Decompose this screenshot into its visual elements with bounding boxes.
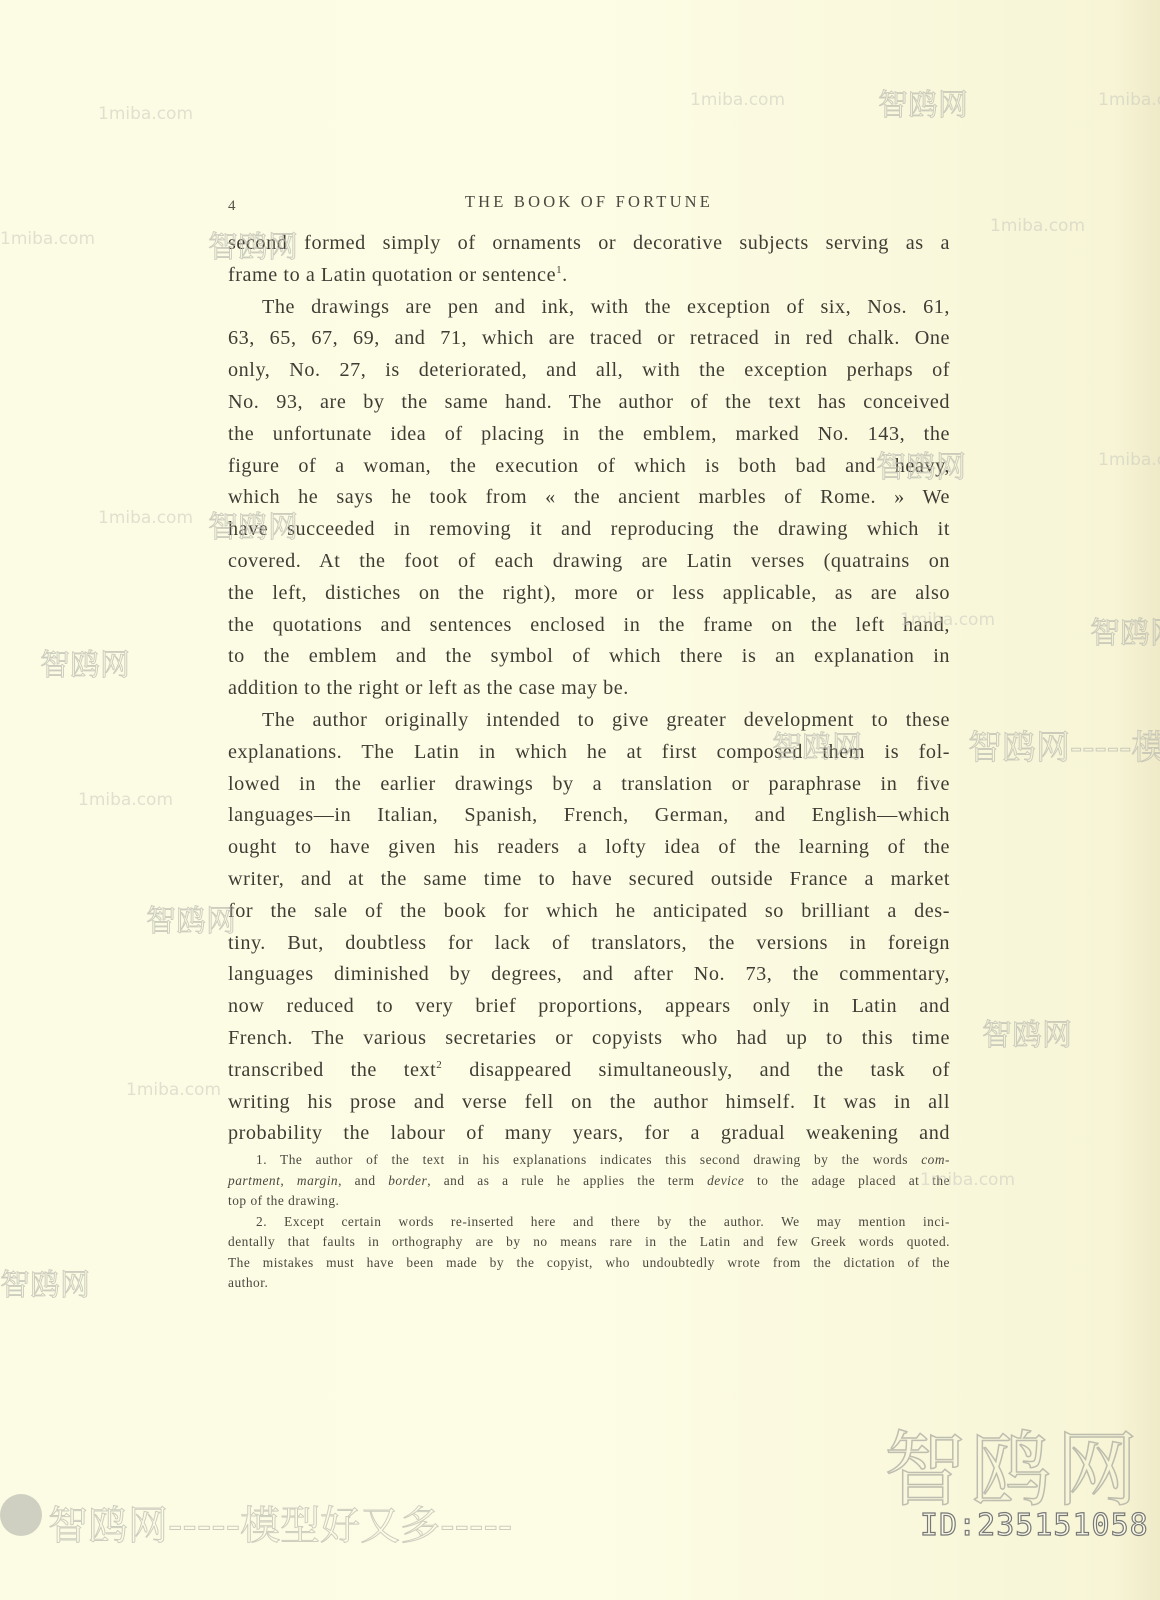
text-line: transcribed the text2 disappeared simult… — [228, 1055, 950, 1087]
text-line: frame to a Latin quotation or sentence1. — [228, 260, 950, 292]
watermark-site: 1miba.com — [1098, 450, 1160, 470]
running-head-title: THE BOOK OF FORTUNE — [228, 192, 950, 212]
paragraph-start-line: The author originally intended to give g… — [228, 705, 950, 737]
text-span: disappeared simultaneously, and the task… — [442, 1059, 950, 1081]
text-line: French. The various secretaries or copyi… — [228, 1023, 950, 1055]
watermark-site: 1miba.com — [98, 104, 193, 124]
text-line: languages diminished by degrees, and aft… — [228, 959, 950, 991]
footnotes: 1. The author of the text in his explana… — [228, 1150, 950, 1294]
footnote-1-line: top of the drawing. — [228, 1191, 950, 1212]
footnote-italic: device — [707, 1173, 744, 1188]
text-line: the left, distiches on the right), more … — [228, 578, 950, 610]
watermark-brand: 智鸥网 — [40, 640, 130, 684]
footnote-2-line: author. — [228, 1273, 950, 1294]
running-head: 4 THE BOOK OF FORTUNE — [228, 192, 950, 216]
text-line: ought to have given his readers a lofty … — [228, 832, 950, 864]
text-line: covered. At the foot of each drawing are… — [228, 546, 950, 578]
watermark-brand: 智鸥网 — [0, 1260, 90, 1304]
watermark-id: ID:235151058 — [920, 1508, 1149, 1543]
bird-logo-icon — [0, 1494, 42, 1536]
watermark-brand: 智鸥网 — [146, 896, 236, 940]
text-line: the quotations and sentences enclosed in… — [228, 610, 950, 642]
text-line: second formed simply of ornaments or dec… — [228, 228, 950, 260]
footnote-1: 1. The author of the text in his explana… — [228, 1150, 950, 1171]
watermark-site: 1miba.com — [98, 508, 193, 528]
footnote-2: 2. Except certain words re-inserted here… — [228, 1212, 950, 1233]
text-span: . — [562, 264, 568, 286]
watermark-site: 1miba.com — [1098, 90, 1160, 110]
watermark-site: 1miba.com — [690, 90, 785, 110]
watermark-brand: 智鸥网 — [982, 1010, 1072, 1054]
footnote-2-line: dentally that faults in orthography are … — [228, 1232, 950, 1253]
text-line: tiny. But, doubtless for lack of transla… — [228, 928, 950, 960]
text-line: which he says he took from « the ancient… — [228, 482, 950, 514]
paragraph-start-line: The drawings are pen and ink, with the e… — [228, 292, 950, 324]
text-line: figure of a woman, the execution of whic… — [228, 451, 950, 483]
text-line: writing his prose and verse fell on the … — [228, 1087, 950, 1119]
footnote-text: to the adage placed at the — [757, 1173, 950, 1188]
footnote-1-line: partment, margin, and border, and as a r… — [228, 1171, 950, 1192]
watermark-brand-large: 智鸥网 — [884, 1405, 1142, 1522]
footnote-italic: border — [388, 1173, 427, 1188]
watermark-site: 1miba.com — [0, 229, 95, 249]
footnote-2-line: The mistakes must have been made by the … — [228, 1253, 950, 1274]
text-span: frame to a Latin quotation or sentence — [228, 264, 556, 286]
text-line: explanations. The Latin in which he at f… — [228, 737, 950, 769]
footnote-text: , and as a rule he applies the term — [427, 1173, 694, 1188]
watermark-site: 1miba.com — [78, 790, 173, 810]
footnote-italic: margin — [297, 1173, 338, 1188]
text-line: writer, and at the same time to have sec… — [228, 864, 950, 896]
footnote-text: , and — [338, 1173, 388, 1188]
text-line: only, No. 27, is deteriorated, and all, … — [228, 355, 950, 387]
watermark-site: 1miba.com — [990, 216, 1085, 236]
text-line: probability the labour of many years, fo… — [228, 1118, 950, 1150]
text-line: lowed in the earlier drawings by a trans… — [228, 769, 950, 801]
watermark-slogan: 智鸥网-----模型好又多----- — [48, 1494, 512, 1551]
text-line: the unfortunate idea of placing in the e… — [228, 419, 950, 451]
watermark-slogan: 智鸥网-----模型好又多----- — [968, 720, 1160, 769]
footnote-italic: partment — [228, 1173, 280, 1188]
text-line: 63, 65, 67, 69, and 71, which are traced… — [228, 323, 950, 355]
footnote-text: , — [280, 1173, 297, 1188]
text-line: now reduced to very brief proportions, a… — [228, 991, 950, 1023]
watermark-brand: 智鸥网 — [1090, 608, 1160, 652]
watermark-brand: 智鸥网 — [878, 80, 968, 124]
body-text: second formed simply of ornaments or dec… — [228, 228, 950, 1150]
watermark-site: 1miba.com — [126, 1080, 221, 1100]
text-line: have succeeded in removing it and reprod… — [228, 514, 950, 546]
text-line: addition to the right or left as the cas… — [228, 673, 950, 705]
footnote-text: 1. The author of the text in his explana… — [256, 1152, 908, 1167]
book-page: 4 THE BOOK OF FORTUNE second formed simp… — [0, 0, 1160, 1600]
text-line: to the emblem and the symbol of which th… — [228, 641, 950, 673]
footnote-italic: com- — [921, 1152, 950, 1167]
text-line: No. 93, are by the same hand. The author… — [228, 387, 950, 419]
text-line: languages—in Italian, Spanish, French, G… — [228, 800, 950, 832]
text-line: for the sale of the book for which he an… — [228, 896, 950, 928]
text-span: transcribed the text — [228, 1059, 436, 1081]
